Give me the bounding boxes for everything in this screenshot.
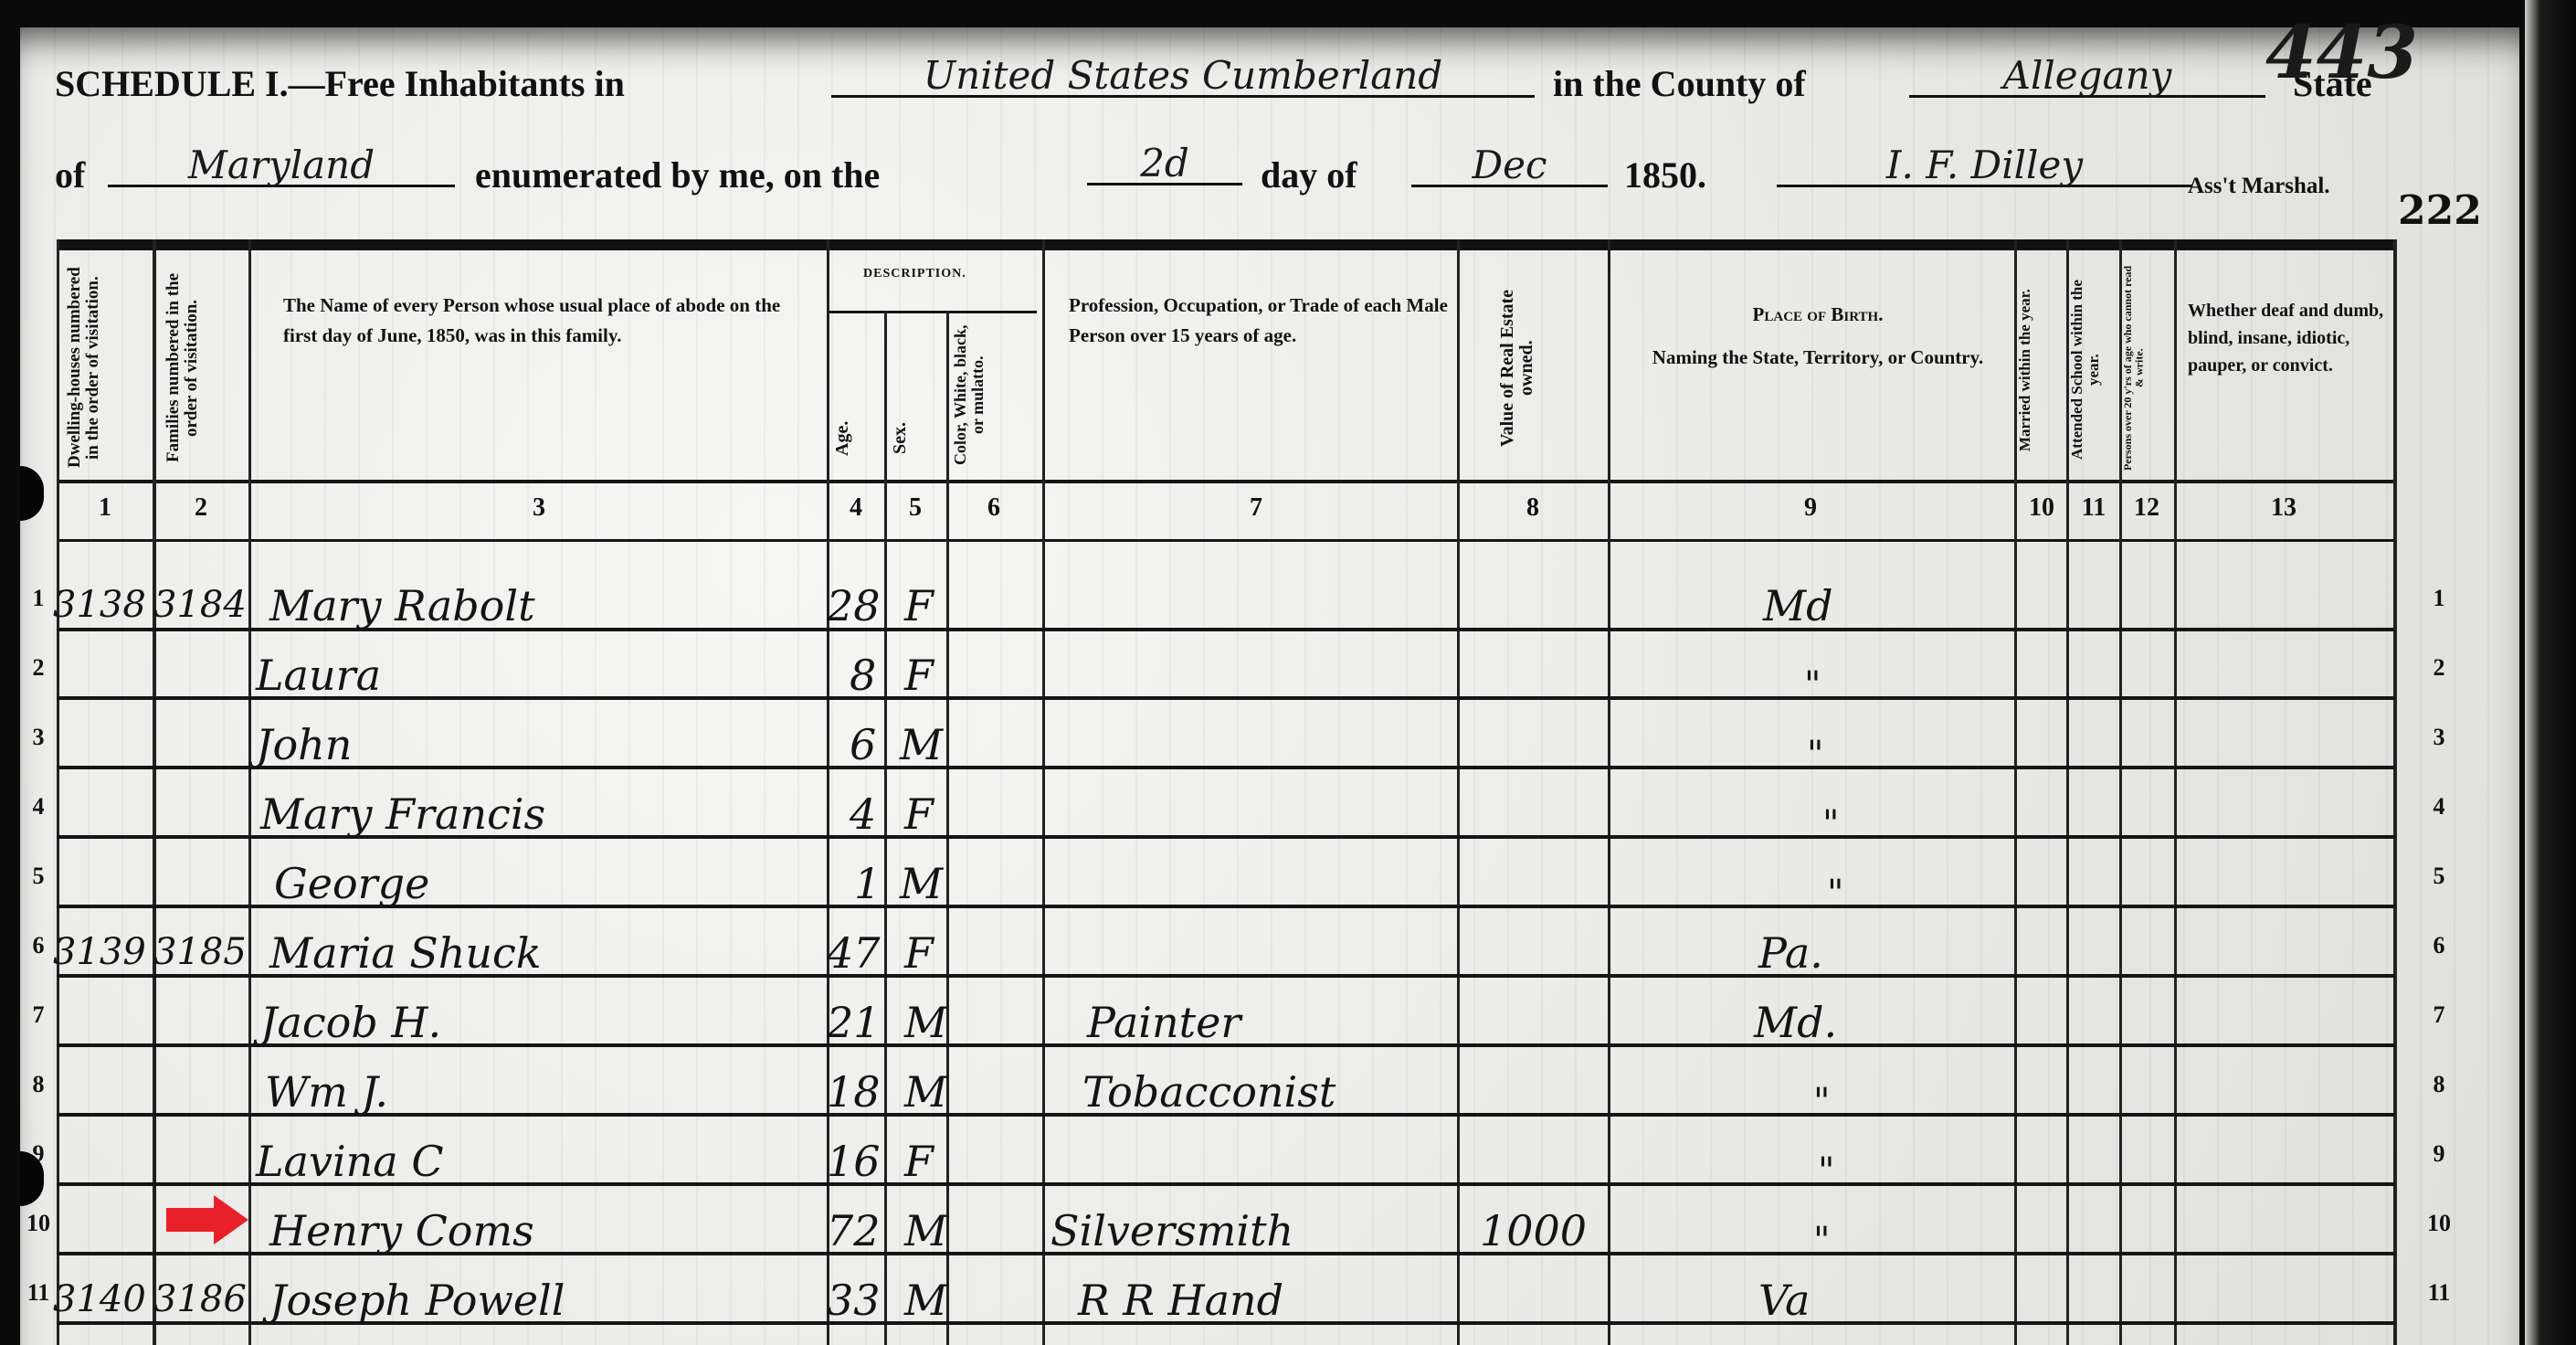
person-sex: M [904,1210,947,1252]
person-name: Mary Rabolt [269,585,535,627]
line-number-right: 9 [2412,1140,2466,1168]
person-name: Lavina C [256,1140,444,1182]
person-age: 47 [827,932,881,974]
person-name: Jacob H. [260,1001,441,1043]
page-edge [2525,0,2576,1345]
col-birthplace-header: Naming the State, Territory, or Country. [1644,343,1991,373]
line-number-right: 1 [2412,585,2466,612]
person-sex: M [904,1001,947,1043]
binding-hole [20,466,44,521]
family-number: 3184 [153,587,247,623]
col-color-header: Color, White, black, or mulatto. [952,315,1039,475]
person-name: Maria Shuck [269,932,542,974]
marshal-label: Ass't Marshal. [2188,174,2330,199]
person-age: 4 [850,793,876,835]
table-top-rule [57,239,2395,250]
header-bottom-rule [57,480,2395,483]
line-number: 5 [11,863,66,890]
dwelling-number: 3138 [53,587,146,623]
person-birthplace: " [1813,1223,1830,1259]
col-number: 2 [174,493,228,523]
col-number: 13 [2256,493,2311,523]
person-age: 21 [827,1001,881,1043]
person-occupation: R R Hand [1078,1279,1283,1321]
col-disability-header: Whether deaf and dumb, blind, insane, id… [2188,297,2389,379]
person-age: 1 [854,863,881,905]
line-number: 4 [11,793,66,821]
col-number: 7 [1229,493,1283,523]
col-number: 10 [2014,493,2069,523]
person-age: 6 [850,724,876,766]
col-occupation-header: Profession, Occupation, or Trade of each… [1069,291,1452,350]
person-birthplace: Pa. [1758,932,1823,974]
line-number-right: 3 [2412,724,2466,751]
person-name: John [256,724,352,766]
person-age: 28 [827,585,881,627]
description-label: DESCRIPTION. [863,267,966,281]
line-number: 8 [11,1071,66,1098]
line-number: 2 [11,654,66,682]
person-name: George [274,863,429,905]
day-field: 2d [1087,144,1242,185]
line-number-right: 10 [2412,1210,2466,1237]
person-age: 18 [827,1071,881,1113]
person-birthplace: " [1804,667,1821,704]
schedule-title: SCHEDULE I.—Free Inhabitants in [55,62,625,105]
of-label: of [55,154,85,196]
county-label: in the County of [1553,62,1806,105]
person-birthplace: " [1813,1084,1830,1120]
col-birthplace-title: Place of Birth. [1635,300,2001,330]
place-field: United States Cumberland [831,57,1535,98]
year-label: 1850. [1624,154,1706,196]
col-dwelling-header: Dwelling-houses numbered in the order of… [66,260,148,475]
line-number: 10 [11,1210,66,1237]
dwelling-number: 3139 [53,934,146,970]
person-age: 72 [827,1210,881,1252]
col-family-header: Families numbered in the order of visita… [164,260,242,475]
person-sex: M [904,1071,947,1113]
person-birthplace: " [1807,736,1823,773]
handwritten-page-number: 443 [2265,9,2418,95]
person-sex: M [900,724,943,766]
person-age: 8 [850,654,876,696]
col-number: 5 [888,493,943,523]
line-number-right: 4 [2412,793,2466,821]
dwelling-number: 3140 [53,1281,146,1318]
col-number: 12 [2119,493,2174,523]
person-sex: F [904,1140,934,1182]
person-birthplace: " [1822,806,1839,842]
marshal-name-field: I. F. Dilley [1777,146,2192,187]
person-birthplace: Va [1758,1279,1810,1321]
description-rule [827,311,1037,313]
person-sex: F [904,585,934,627]
family-number: 3186 [153,1281,247,1318]
line-number-right: 11 [2412,1279,2466,1307]
col-number: 11 [2066,493,2121,523]
col-number: 4 [829,493,883,523]
col-married-header: Married within the year. [2017,265,2064,475]
col-illiterate-header: Persons over 20 y'rs of age who cannot r… [2122,260,2172,475]
person-sex: M [900,863,943,905]
line-number-right: 5 [2412,863,2466,890]
column-number-rule [57,539,2395,542]
col-number: 6 [966,493,1021,523]
person-sex: F [904,932,934,974]
col-number: 3 [512,493,566,523]
col-number: 8 [1505,493,1560,523]
col-sex-header: Sex. [891,402,941,475]
person-sex: F [904,654,934,696]
col-number: 9 [1783,493,1838,523]
person-birthplace: " [1827,875,1843,912]
col-number: 1 [78,493,132,523]
line-number-right: 6 [2412,932,2466,959]
col-name-header: The Name of every Person whose usual pla… [283,291,795,350]
state-field: Maryland [108,146,455,187]
person-birthplace: Md [1763,585,1833,627]
line-number-right: 8 [2412,1071,2466,1098]
person-occupation: Painter [1087,1001,1240,1043]
line-number: 7 [11,1001,66,1029]
person-name: Laura [256,654,381,696]
person-age: 16 [827,1140,881,1182]
person-birthplace: Md. [1754,1001,1837,1043]
enumerated-label: enumerated by me, on the [475,154,880,196]
col-age-header: Age. [833,402,879,475]
person-age: 33 [827,1279,881,1321]
person-real-estate: 1000 [1480,1210,1587,1252]
person-birthplace: " [1818,1153,1834,1190]
family-number: 3185 [153,934,247,970]
person-name: Joseph Powell [269,1279,565,1321]
col-real-estate-header: Value of Real Estate owned. [1498,260,1571,475]
col-school-header: Attended School within the year. [2069,265,2117,475]
line-number: 9 [11,1140,66,1168]
stamped-page-number: 222 [2398,187,2482,234]
day-of-label: day of [1261,154,1357,196]
person-name: Wm J. [265,1071,388,1113]
person-sex: F [904,793,934,835]
month-field: Dec [1411,146,1608,187]
line-number-right: 7 [2412,1001,2466,1029]
person-sex: M [904,1279,947,1321]
person-name: Mary Francis [260,793,545,835]
county-field: Allegany [1909,57,2265,98]
person-name-highlighted: Henry Coms [269,1210,534,1252]
line-number-right: 2 [2412,654,2466,682]
line-number: 3 [11,724,66,751]
red-arrow-icon [166,1195,248,1244]
person-occupation: Tobacconist [1082,1071,1336,1113]
person-occupation: Silversmith [1050,1210,1293,1252]
